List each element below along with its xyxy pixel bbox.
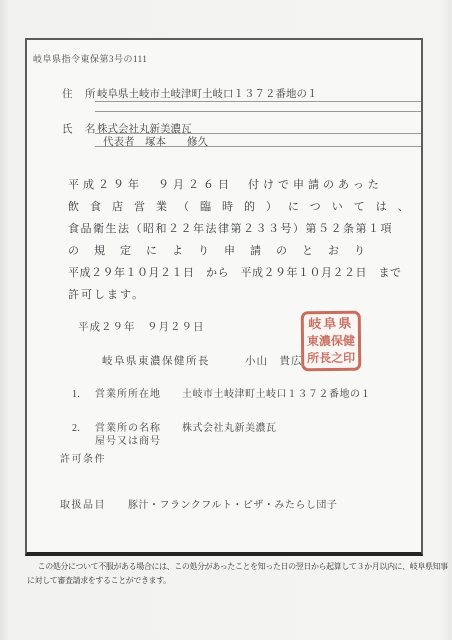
item-label: 営業所所在地 (95, 385, 161, 400)
address-value: 岐阜県土岐市土岐津町土岐口１３７２番地の１ (97, 86, 318, 101)
body-line: 許可します。 (68, 284, 408, 306)
item-number: 1． (72, 385, 87, 400)
permit-document-frame: 岐阜県指令東保第3号の111 住 所 岐阜県土岐市土岐津町土岐口１３７２番地の１… (25, 38, 423, 556)
underline (95, 101, 421, 102)
handled-items-value: 豚汁・フランクフルト・ピザ・みたらし団子 (128, 496, 337, 511)
seal-text-row: 東濃保健 (305, 333, 357, 349)
directive-number: 岐阜県指令東保第3号の111 (33, 52, 147, 65)
permit-body-paragraph: 平成２９年 ９月２６日 付けで申請のあった 飲食店営業（臨時的）については、 食… (68, 174, 408, 306)
body-line: 飲食店営業（臨時的）については、 (68, 196, 408, 218)
permit-conditions-label: 許可条件 (60, 450, 106, 465)
body-line: 食品衛生法（昭和２２年法律第２３３号）第５２条第１項 (68, 218, 408, 240)
handled-items-label: 取扱品目 (60, 496, 106, 511)
underline (95, 146, 421, 147)
seal-text-row: 所長之印 (305, 349, 357, 365)
issuer-name: 小山 貴広 (245, 353, 303, 368)
address-label: 住 所 (62, 86, 97, 101)
issuer-title: 岐阜県東濃保健所長 (102, 353, 210, 368)
item-value: 土岐市土岐津町土岐口１３７２番地の１ (182, 385, 371, 400)
seal-text-row: 岐阜県 (305, 316, 357, 332)
body-line: の規定により申請のとおり (68, 240, 408, 262)
body-line: 平成２９年 ９月２６日 付けで申請のあった (68, 174, 408, 196)
scanned-permit-page: 岐阜県指令東保第3号の111 住 所 岐阜県土岐市土岐津町土岐口１３７２番地の１… (0, 0, 452, 640)
item-value: 株式会社丸新美濃瓦 (182, 419, 277, 434)
item-label-line2: 屋号又は商号 (95, 432, 161, 447)
appeal-notice-line: この処分について不服がある場合には、この処分があったことを知った日の翌日から起算… (30, 561, 448, 572)
item-number: 2． (72, 419, 87, 434)
issue-date: 平成２９年 ９月２９日 (78, 319, 205, 334)
underline (95, 111, 421, 112)
body-line: 平成２９年１０月２１日 から 平成２９年１０月２２日 まで (68, 262, 408, 284)
official-seal: 岐阜県 東濃保健 所長之印 (301, 311, 362, 372)
name-label: 氏 名 (62, 121, 97, 136)
appeal-notice-line: に対して審査請求をすることができます。 (27, 575, 171, 586)
